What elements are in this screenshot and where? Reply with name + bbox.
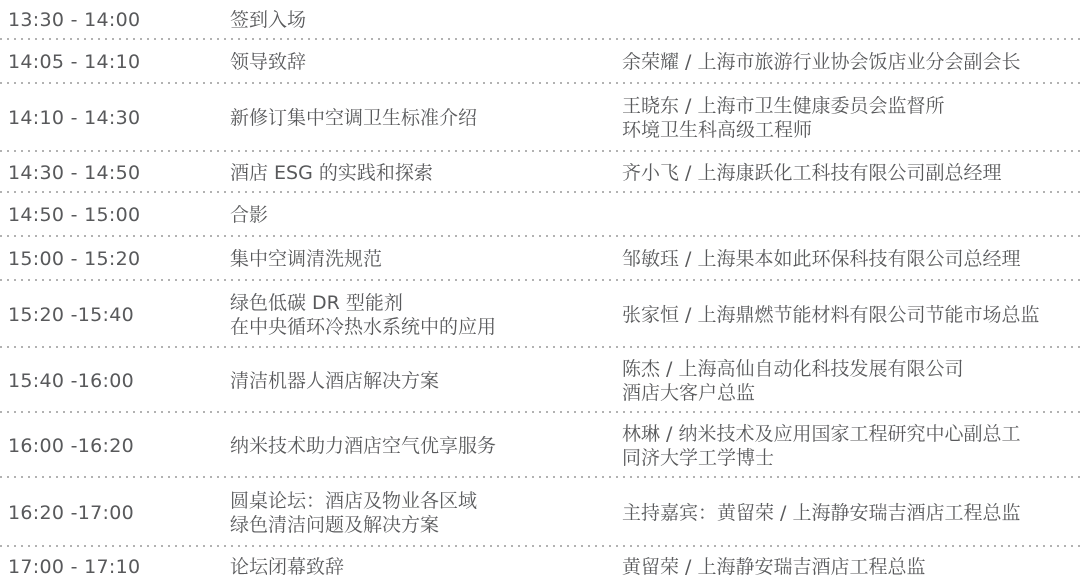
speaker-cell: 张家恒 / 上海鼎燃节能材料有限公司节能市场总监: [622, 303, 1080, 327]
speaker-cell: 余荣耀 / 上海市旅游行业协会饭店业分会副会长: [622, 50, 1080, 74]
time-cell: 14:05 - 14:10: [0, 50, 230, 74]
topic-cell: 论坛闭幕致辞: [230, 555, 622, 579]
schedule-row: 16:20 -17:00 圆桌论坛：酒店及物业各区域 绿色清洁问题及解决方案 主…: [0, 478, 1080, 547]
topic-cell: 圆桌论坛：酒店及物业各区域 绿色清洁问题及解决方案: [230, 489, 622, 537]
speaker-cell: 黄留荣 / 上海静安瑞吉酒店工程总监: [622, 555, 1080, 579]
schedule-row: 15:00 - 15:20 集中空调清洗规范 邹敏珏 / 上海果本如此环保科技有…: [0, 237, 1080, 281]
topic-cell: 集中空调清洗规范: [230, 247, 622, 271]
speaker-cell: 林琳 / 纳米技术及应用国家工程研究中心副总工 同济大学工学博士: [622, 422, 1080, 470]
schedule-row: 15:40 -16:00 清洁机器人酒店解决方案 陈杰 / 上海高仙自动化科技发…: [0, 348, 1080, 413]
topic-cell: 纳米技术助力酒店空气优享服务: [230, 434, 622, 458]
speaker-cell: 王晓东 / 上海市卫生健康委员会监督所 环境卫生科高级工程师: [622, 94, 1080, 142]
time-cell: 15:00 - 15:20: [0, 247, 230, 271]
schedule-row: 14:05 - 14:10 领导致辞 余荣耀 / 上海市旅游行业协会饭店业分会副…: [0, 40, 1080, 84]
time-cell: 14:10 - 14:30: [0, 106, 230, 130]
speaker-cell: 陈杰 / 上海高仙自动化科技发展有限公司 酒店大客户总监: [622, 357, 1080, 405]
time-cell: 15:40 -16:00: [0, 369, 230, 393]
schedule-row: 17:00 - 17:10 论坛闭幕致辞 黄留荣 / 上海静安瑞吉酒店工程总监: [0, 547, 1080, 587]
topic-cell: 酒店 ESG 的实践和探索: [230, 161, 622, 185]
time-cell: 14:30 - 14:50: [0, 161, 230, 185]
time-cell: 17:00 - 17:10: [0, 555, 230, 579]
schedule-row: 16:00 -16:20 纳米技术助力酒店空气优享服务 林琳 / 纳米技术及应用…: [0, 413, 1080, 478]
schedule-row: 15:20 -15:40 绿色低碳 DR 型能剂 在中央循环冷热水系统中的应用 …: [0, 281, 1080, 348]
schedule-row: 14:30 - 14:50 酒店 ESG 的实践和探索 齐小飞 / 上海康跃化工…: [0, 152, 1080, 193]
speaker-cell: 主持嘉宾：黄留荣 / 上海静安瑞吉酒店工程总监: [622, 501, 1080, 525]
topic-cell: 领导致辞: [230, 50, 622, 74]
time-cell: 13:30 - 14:00: [0, 8, 230, 32]
time-cell: 14:50 - 15:00: [0, 203, 230, 227]
agenda-table: 13:30 - 14:00 签到入场 14:05 - 14:10 领导致辞 余荣…: [0, 0, 1080, 587]
topic-cell: 合影: [230, 203, 622, 227]
time-cell: 16:20 -17:00: [0, 501, 230, 525]
schedule-row: 14:50 - 15:00 合影: [0, 193, 1080, 237]
topic-cell: 清洁机器人酒店解决方案: [230, 369, 622, 393]
topic-cell: 绿色低碳 DR 型能剂 在中央循环冷热水系统中的应用: [230, 291, 622, 339]
schedule-row: 14:10 - 14:30 新修订集中空调卫生标准介绍 王晓东 / 上海市卫生健…: [0, 84, 1080, 152]
topic-cell: 新修订集中空调卫生标准介绍: [230, 106, 622, 130]
time-cell: 16:00 -16:20: [0, 434, 230, 458]
schedule-row: 13:30 - 14:00 签到入场: [0, 0, 1080, 40]
topic-cell: 签到入场: [230, 8, 622, 32]
speaker-cell: 齐小飞 / 上海康跃化工科技有限公司副总经理: [622, 161, 1080, 185]
speaker-cell: 邹敏珏 / 上海果本如此环保科技有限公司总经理: [622, 247, 1080, 271]
time-cell: 15:20 -15:40: [0, 303, 230, 327]
